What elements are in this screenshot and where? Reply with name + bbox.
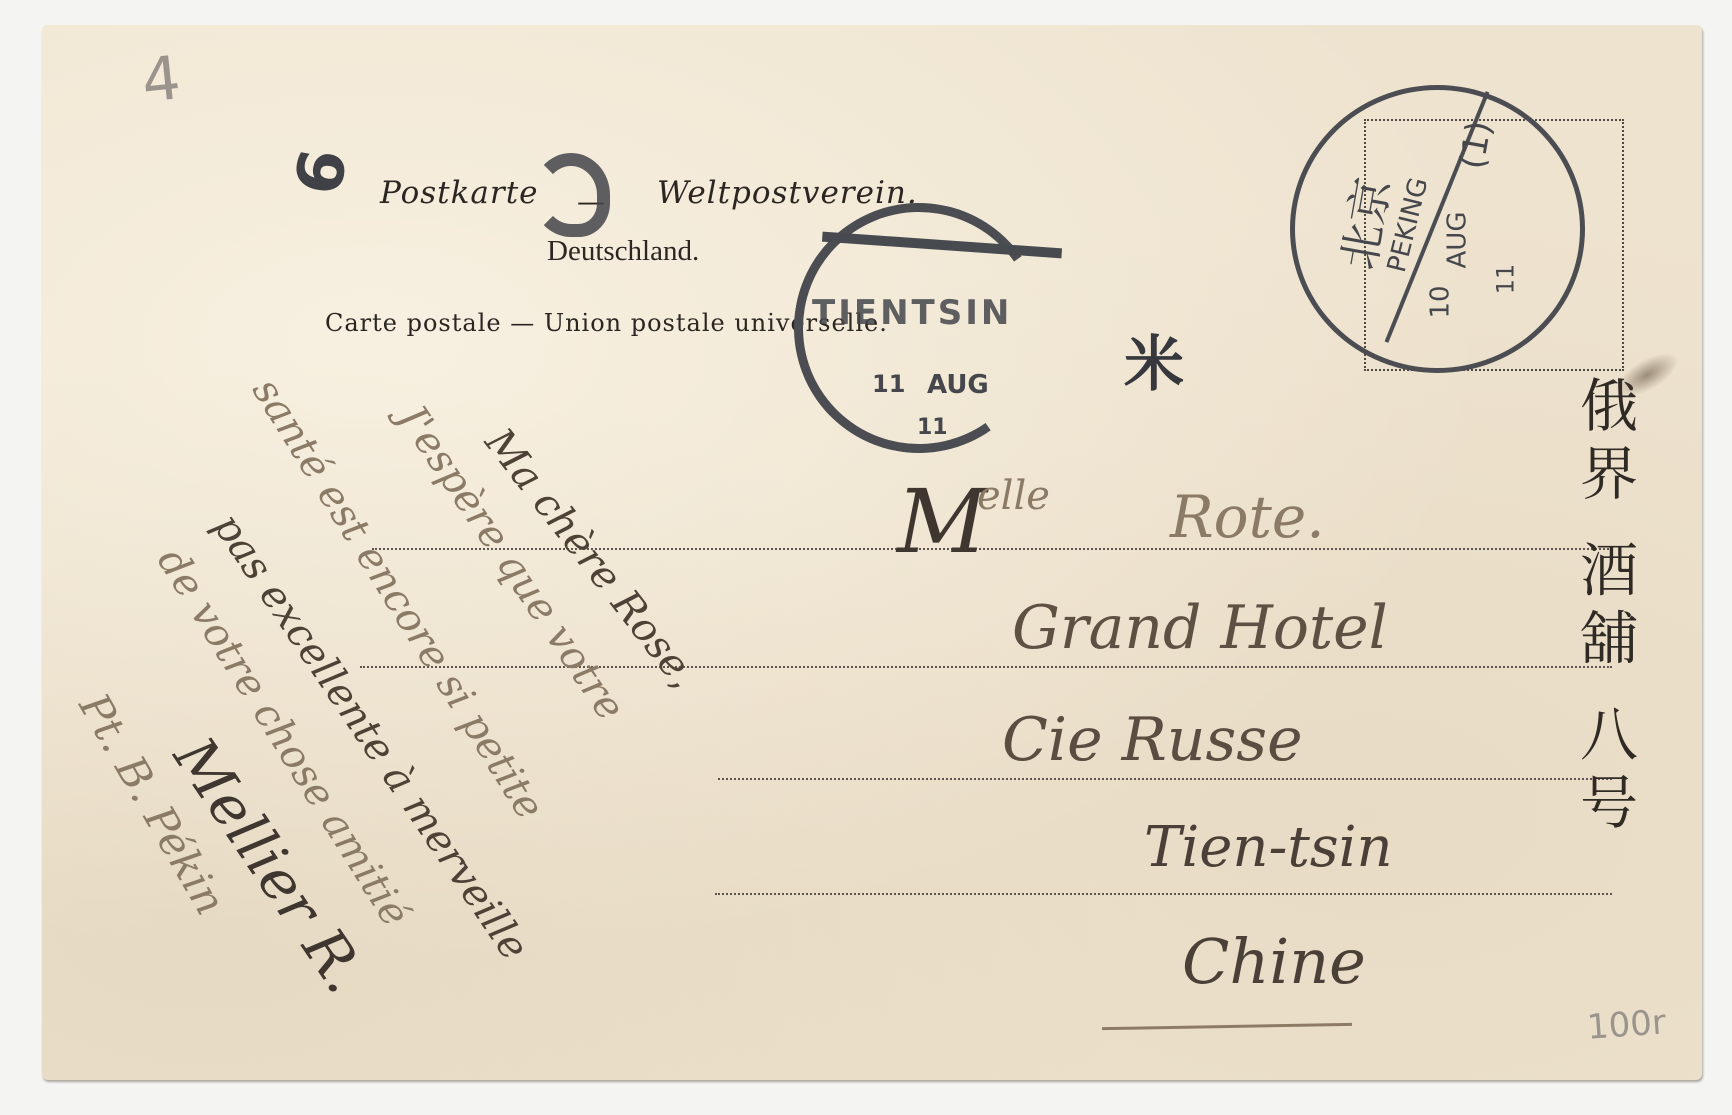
peking-postmark-year: 11	[1491, 264, 1519, 295]
peking-postmark-suffix: (1)	[1452, 118, 1500, 172]
tientsin-postmark-year: 11	[917, 415, 948, 440]
address-line1: Grand Hotel	[1012, 593, 1388, 663]
title-weltpostverein: Weltpostverein.	[657, 175, 918, 211]
address-line4: Chine	[1182, 925, 1366, 998]
address-line-4	[715, 893, 1612, 895]
chinese-address: 俄界 酒舖 八号	[1562, 375, 1646, 840]
address-underline	[1102, 1023, 1352, 1030]
pencil-note-top-left: 4	[138, 43, 183, 117]
tax-mark: 6	[282, 144, 363, 201]
handstamp-character: 米	[1124, 317, 1184, 403]
peking-postmark-day: 10	[1426, 285, 1456, 318]
address-line-3	[718, 778, 1612, 780]
pencil-note-price: 100r	[1586, 1002, 1667, 1047]
country-label: Deutschland.	[547, 235, 699, 268]
peking-postmark-month: AUG	[1442, 212, 1472, 269]
address-title: elle	[977, 473, 1050, 519]
address-salutation: M	[897, 470, 987, 573]
postcard: 4 100r Postkarte — Weltpostverein. Deuts…	[42, 25, 1702, 1080]
address-line-2	[360, 666, 1612, 668]
tientsin-postmark-month: AUG	[927, 370, 989, 400]
address-line2: Cie Russe	[1002, 705, 1303, 775]
tientsin-postmark-city: TIENTSIN	[812, 293, 1012, 333]
address-line3: Tien-tsin	[1144, 815, 1393, 880]
tax-mark-swirl	[532, 153, 610, 237]
address-name: Rote.	[1170, 483, 1325, 551]
tientsin-postmark-day: 11	[872, 370, 905, 398]
title-postkarte: Postkarte	[380, 175, 539, 211]
